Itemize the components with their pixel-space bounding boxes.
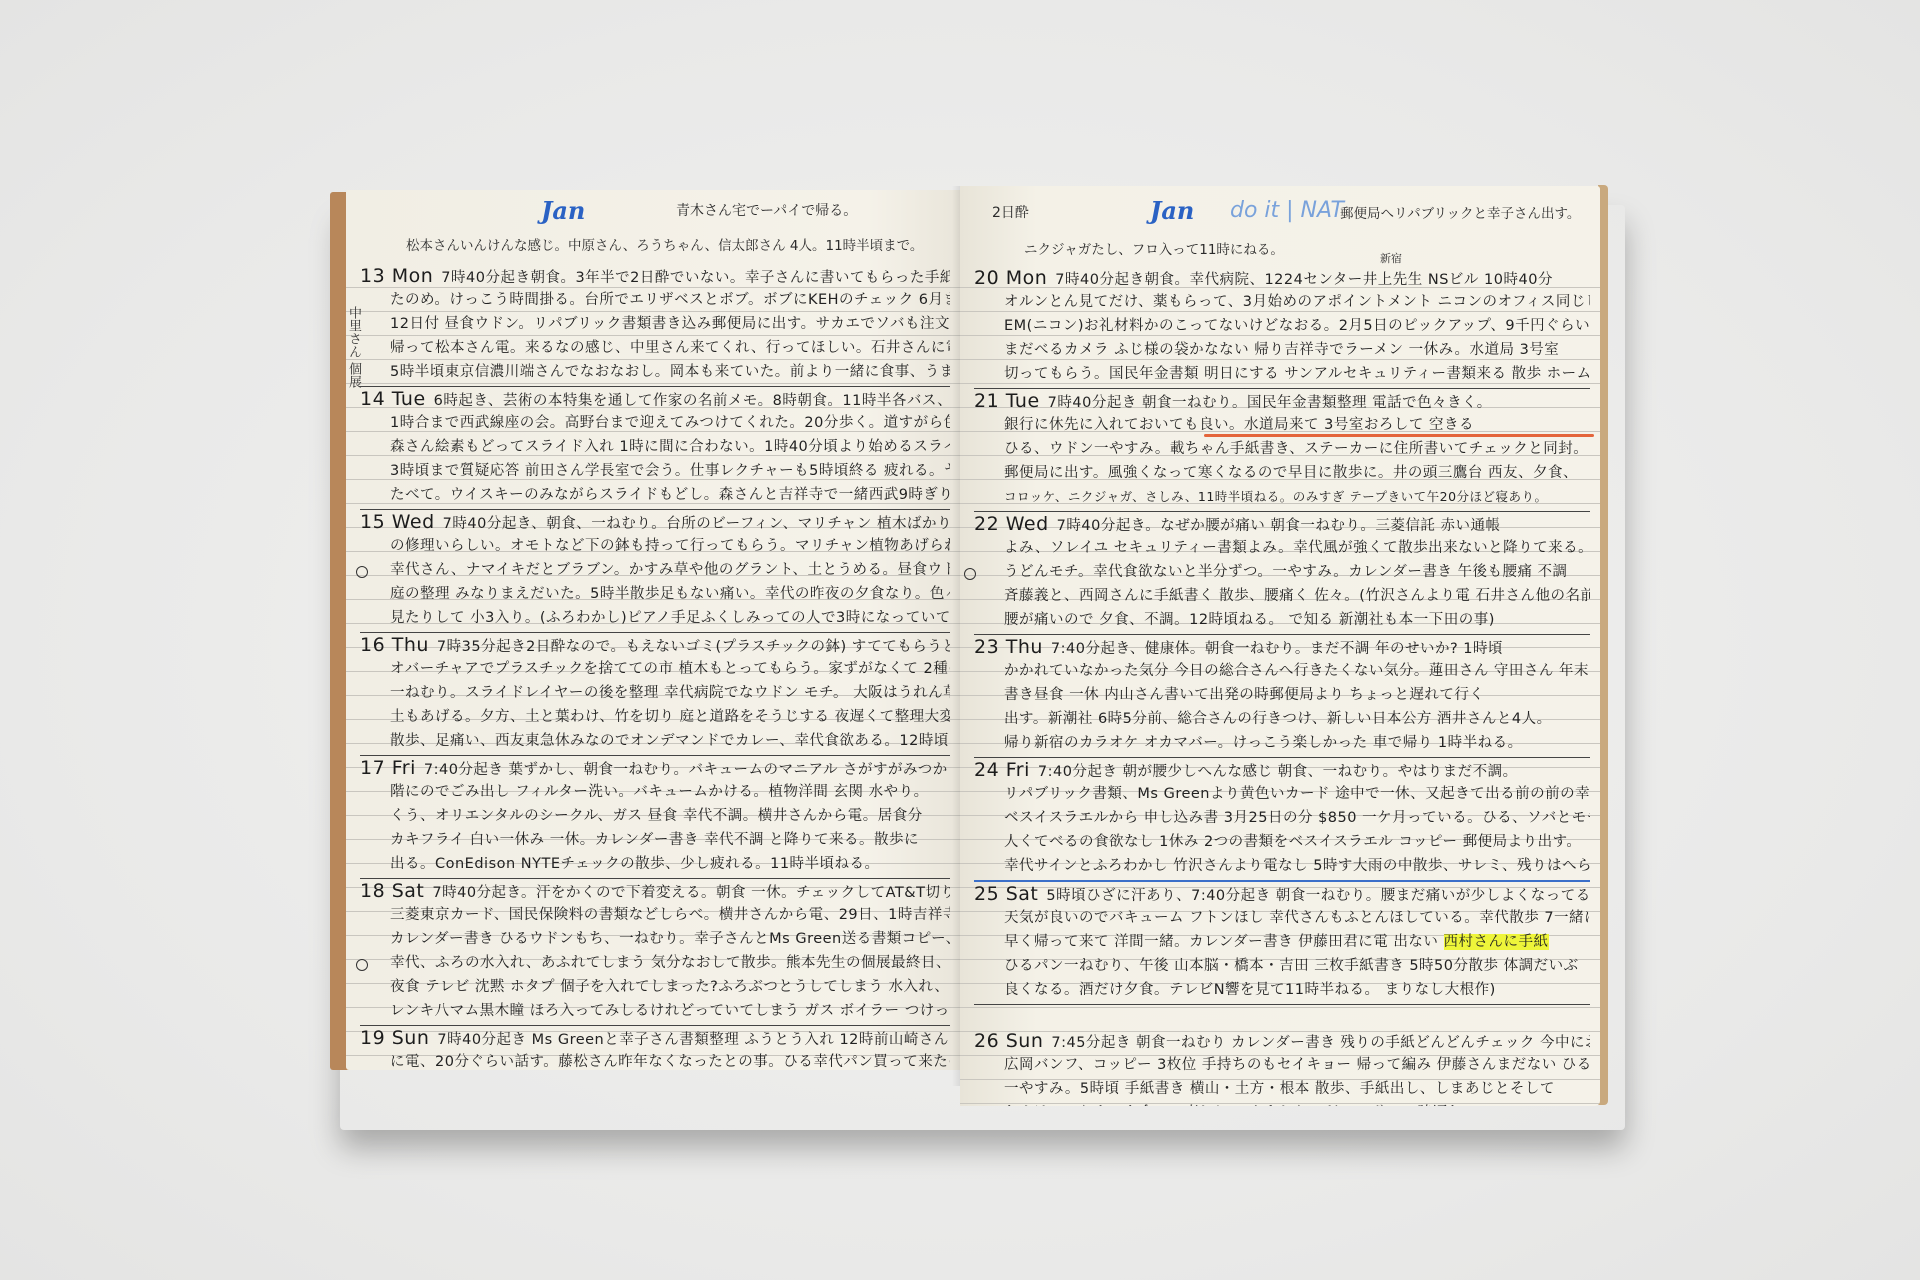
entry-date: 16 Thu (360, 634, 429, 656)
small-note: 新宿 (1380, 250, 1402, 266)
entry-date: 14 Tue (360, 388, 426, 410)
entry-line: 階にのでごみ出し フィルター洗い。バキュームかける。植物洋間 玄関 水やり。 (360, 780, 950, 804)
entry-line: コロッケ、ニクジャガ、さしみ、11時半頃ねる。のみすぎ テープきいて午20分ほど… (974, 485, 1590, 509)
header-line: ニクジャガたし、フロ入って11時にねる。 (1024, 238, 1284, 258)
entry-line: 土もあげる。夕方、土と葉わけ、竹を切り 庭と道路をそうじする 夜遅くて整理大変 (360, 705, 950, 729)
entry-line: 庭の整理 みなりまえだいた。5時半散歩足もない痛い。幸代の昨夜の夕食なり。色々く… (360, 582, 950, 606)
left-page: Jan 青木さん宅でーパイで帰る。 松本さんいんけんな感じ。中原さん、ろうちゃん… (346, 190, 960, 1070)
diary-entry: 18 Sat7時40分起き。汗をかくので下着変える。朝食 一休。チェックしてAT… (360, 879, 950, 1026)
entry-line: 人くてべるの食欲なし 1休み 2つの書類をベスイスラエル コッピー 郵便局より出… (974, 830, 1590, 854)
entry-line: 書き昼食 一休 内山さん書いて出発の時郵便局より ちょっと遅れて行く (974, 683, 1590, 707)
entry-date: 19 Sun (360, 1027, 429, 1049)
entry-line: 早く帰って来て 洋間一緒。カレンダー書き 伊藤田君に電 出ない (1004, 934, 1444, 950)
entry-date: 21 Tue (974, 390, 1040, 412)
entry-line: 森さん絵素もどってスライド入れ 1時に間に合わない。1時40分頃より始めるスライ… (360, 435, 950, 459)
entry-line: 7時35分起き2日酔なので。もえないゴミ(プラスチックの鉢) すててもらうと良い… (437, 639, 950, 655)
entry-line: 一やすみ。5時頃 手紙書き 横山・土方・根本 散歩、手紙出し、しまあじとそして (974, 1077, 1590, 1101)
entry-line: ベスイスラエルから 申し込み書 3月25日の分 $850 一ケ月っている。ひる、… (974, 806, 1590, 830)
entry-line: 帰り新宿のカラオケ オカマバー。けっこう楽しかった 車で帰り 1時半ねる。 (974, 731, 1590, 755)
entry-line: 6時起き、芸術の本特集を通して作家の名前メモ。8時朝食。11時半各バス、 (434, 393, 950, 409)
entry-line: 良くなる。酒だけ夕食。テレビN響を見て11時半ねる。 まりなし大根作) (974, 978, 1590, 1002)
diary-entry: 19 Sun7時40分起き Ms Greenと幸子さん書類整理 ふうとう入れ 1… (360, 1026, 950, 1070)
entry-line: 切ってもらう。国民年金書類 明日にする サンアルセキュリティー書類来る 散歩 ホ… (974, 362, 1590, 386)
entry-line: に電、20分ぐらい話す。藤松さん昨年なくなったとの事。ひる幸代パン買って来たので (360, 1050, 950, 1070)
entry-line: 幸代さん、ナマイキだとブラブン。かすみ草や他のグラント、土とうめる。昼食ウドン。… (360, 558, 950, 582)
entry-line: よみ、ソレイユ セキュリティー書類よみ。幸代風が強くて散歩出来ないと降りて来る。… (974, 536, 1590, 560)
entry-line: たのめ。けっこう時間掛る。台所でエリザベスとボブ。ボブにKEHのチェック 6月ま… (360, 288, 950, 312)
entry-line: 出す。新潮社 6時5分前、総合さんの行きつけ、新しい日本公方 酒井さんと4人。 (974, 707, 1590, 731)
diary-entry: 23 Thu7:40分起き、健康体。朝食一ねむり。まだ不調 年のせいか? 1時頃… (974, 635, 1590, 758)
entry-date: 20 Mon (974, 267, 1047, 289)
diary-entries: 13 Mon7時40分起き朝食。3年半で2日酔でいない。幸子さんに書いてもらった… (360, 264, 950, 1070)
diary-entry: 16 Thu7時35分起き2日酔なので。もえないゴミ(プラスチックの鉢) すてて… (360, 633, 950, 756)
entry-line: 7時40分起き。なぜか腰が痛い 朝食一ねむり。三菱信託 赤い通帳 (1057, 518, 1501, 534)
entry-line: 出る。ConEdison NYTEチェックの散歩、少し疲れる。11時半頃ねる。 (360, 852, 950, 876)
header-note: 郵便局へリパブリックと幸子さん出す。 (1340, 202, 1580, 222)
entry-line: 7:45分起き 朝食一ねむり カレンダー書き 残りの手紙どんどんチェック 今中に… (1051, 1035, 1590, 1051)
diary-entry: 14 Tue6時起き、芸術の本特集を通して作家の名前メモ。8時朝食。11時半各バ… (360, 387, 950, 510)
diary-entries: 20 Mon7時40分起き朝食。幸代病院、1224センター井上先生 NSビル 1… (974, 266, 1590, 1106)
entry-line: くう、オリエンタルのシークル、ガス 昼食 幸代不調。横井さんから電。居食分 (360, 804, 950, 828)
entry-line: 7:40分起き、健康体。朝食一ねむり。まだ不調 年のせいか? 1時頃 (1051, 641, 1503, 657)
circle-marker-icon (964, 568, 976, 580)
entry-line: オルンとん見てだけ、薬もらって、3月始めのアポイントメント ニコンのオフィス同じ… (974, 290, 1590, 314)
entry-line: 7:40分起き 葉ずかし、朝食一ねむり。バキュームのマニアル さがすがみつからず… (424, 762, 950, 778)
entry-date: 17 Fri (360, 757, 416, 779)
diary-entry: 22 Wed7時40分起き。なぜか腰が痛い 朝食一ねむり。三菱信託 赤い通帳 よ… (974, 512, 1590, 635)
entry-line: 5時頃ひざに汗あり、7:40分起き 朝食一ねむり。腰まだ痛いが少しよくなってる? (1046, 888, 1590, 904)
diary-entry: 26 Sun7:45分起き 朝食一ねむり カレンダー書き 残りの手紙どんどんチェ… (974, 1029, 1590, 1106)
entry-line: 三菱東京カード、国民保険料の書類などしらべ。横井さんから電、29日、1時吉祥寺東… (360, 903, 950, 927)
diary-entry: 21 Tue7時40分起き 朝食一ねむり。国民年金書類整理 電話で色々きく。 銀… (974, 389, 1590, 512)
diary-entry: 24 Fri7:40分起き 朝が腰少しへんな感じ 朝食、一ねむり。やはりまだ不調… (974, 758, 1590, 882)
entry-date: 15 Wed (360, 511, 435, 533)
entry-line: オバーチャアでプラスチックを捨てての市 植木もとってもらう。家ずがなくて 2種の… (360, 657, 950, 681)
month-label: Jan (541, 196, 585, 225)
entry-line: 広岡バンフ、コッピー 3枚位 手持ちのもセイキョー 帰って編み 伊藤さんまだない… (974, 1053, 1590, 1077)
month-label: Jan (1150, 196, 1194, 225)
entry-line: 7時40分起き、朝食、一ねむり。台所のビーフィン、マリチャン 植木ばかりを見てい… (443, 516, 950, 532)
entry-line: 斉藤義と、西岡さんに手紙書く 散歩、腰痛く 佐々。(竹沢さんより電 石井さん他の… (974, 584, 1590, 608)
circle-marker-icon (356, 959, 368, 971)
entry-line: 7時40分起き 朝食一ねむり。国民年金書類整理 電話で色々きく。 (1048, 395, 1492, 411)
entry-line: 帰って松本さん電。来るなの感じ、中里さん来てくれ、行ってほしい。石井さんに電、今… (360, 336, 950, 360)
header-line: 松本さんいんけんな感じ。中原さん、ろうちゃん、信太郎さん 4人。11時半頃まで。 (406, 234, 923, 254)
entry-line: 天気が良いのでバキューム フトンほし 幸代さんもふとんほしている。幸代散歩 7一… (974, 906, 1590, 930)
blue-note: do it | NAT (1230, 198, 1344, 223)
diary-entry: 17 Fri7:40分起き 葉ずかし、朝食一ねむり。バキュームのマニアル さがす… (360, 756, 950, 879)
entry-line: 7時40分起き朝食。幸代病院、1224センター井上先生 NSビル 10時40分 (1055, 272, 1553, 288)
entry-line: 見たりして 小3入り。(ふろわかし)ピアノ手足ふくしみっての人で3時になっていて… (360, 606, 950, 630)
entry-date: 24 Fri (974, 759, 1030, 781)
entry-date: 23 Thu (974, 636, 1043, 658)
diary-entry: 20 Mon7時40分起き朝食。幸代病院、1224センター井上先生 NSビル 1… (974, 266, 1590, 389)
entry-line: の修理いらしい。オモトなど下の鉢も持って行ってもらう。マリチャン植物あげられて良… (360, 534, 950, 558)
entry-line: かかれていなかった気分 今日の総合さんへ行きたくない気分。蓮田さん 守田さん 年… (974, 659, 1590, 683)
entry-line: 腰が痛いので 夕食、不調。12時頃ねる。 で知る 新潮社も本一下田の事) (974, 608, 1590, 632)
entry-line: ひるパン一ねむり、午後 山本脳・橋本・吉田 三枚手紙書き 5時50分散歩 体調だ… (974, 954, 1590, 978)
diary-entry: 13 Mon7時40分起き朝食。3年半で2日酔でいない。幸子さんに書いてもらった… (360, 264, 950, 387)
entry-line: リパブリック書類、Ms Greenより黄色いカード 途中で一休、又起きて出る前の… (974, 782, 1590, 806)
entry-line: ひる、ウドン一やすみ。載ちゃん手紙書き、ステーカーに住所書いてチェックと同封。 (974, 437, 1590, 461)
entry-line: なまけのこりものを食べる事として やきとり、ギョーザ、12時頃ねる。 (974, 1101, 1590, 1106)
entry-line: まだべるカメラ ふじ様の袋かなない 帰り吉祥寺でラーメン 一休み。水道局 3号室 (974, 338, 1590, 362)
entry-line: レンキ八マム黒木瞳 ほろ入ってみしるけれどっていてしまう ガス ボイラー つけっ… (360, 999, 950, 1023)
entry-line: カレンダー書き ひるウドンもち、一ねむり。幸子さんとMs Green送る書類コピ… (360, 927, 950, 951)
entry-date: 25 Sat (974, 883, 1038, 905)
entry-line: 5時半頃東京信濃川端さんでなおなおし。岡本も来ていた。前より一緒に食事、うまく行… (360, 360, 950, 384)
entry-date: 26 Sun (974, 1030, 1043, 1052)
entry-line: たべて。ウイスキーのみながらスライドもどし。森さんと吉祥寺で一緒西武9時ぎりぎり… (360, 483, 950, 507)
entry-line: 夜食 テレビ 沈黙 ホタプ 個子を入れてしまった?ふろぶつとうしてしまう 水入れ… (360, 975, 950, 999)
entry-line: 3時頃まで質疑応答 前田さん学長室で会う。仕事レクチャーも5時頃終る 疲れる。ヤ… (360, 459, 950, 483)
diary-entry: 25 Sat5時頃ひざに汗あり、7:40分起き 朝食一ねむり。腰まだ痛いが少しよ… (974, 882, 1590, 1005)
entry-line: 散歩、足痛い、西友東急休みなのでオンデマンドでカレー、幸代食欲ある。12時頃ねる… (360, 729, 950, 753)
entry-line: 7時40分起き朝食。3年半で2日酔でいない。幸子さんに書いてもらった手紙、スペー… (441, 270, 950, 286)
circle-marker-icon (356, 566, 368, 578)
right-page: 2日酔 Jan do it | NAT 郵便局へリパブリックと幸子さん出す。 ニ… (960, 186, 1600, 1106)
entry-line: 7時40分起き。汗をかくので下着変える。朝食 一休。チェックしてAT&T切り、 (432, 885, 950, 901)
corner-note: 2日酔 (992, 202, 1029, 222)
entry-line: 1時合まで西武線座の会。高野台まで迎えてみつけてくれた。20分歩く。道すがら色々… (360, 411, 950, 435)
entry-line: 一ねむり。スライドレイヤーの後を整理 幸代病院でなウドン モチ。 大阪はうれん草… (360, 681, 950, 705)
entry-line: 7:40分起き 朝が腰少しへんな感じ 朝食、一ねむり。やはりまだ不調。 (1038, 764, 1518, 780)
entry-line: EM(ニコン)お礼材料かのこってないけどなおる。2月5日のピックアップ、9千円ぐ… (974, 314, 1590, 338)
header-note: 青木さん宅でーパイで帰る。 (676, 200, 857, 220)
entry-line: 7時40分起き Ms Greenと幸子さん書類整理 ふうとう入れ 12時前山崎さ… (437, 1032, 949, 1048)
entry-line: 幸代サインとふろわかし 竹沢さんより電なし 5時す大雨の中散歩、サレミ、残りはへ… (974, 854, 1590, 878)
entry-line: 12日付 昼食ウドン。リパブリック書類書き込み郵便局に出す。サカエでソバも注文す… (360, 312, 950, 336)
highlighted-text: 西村さんに手紙 (1444, 934, 1549, 950)
diary-entry: 15 Wed7時40分起き、朝食、一ねむり。台所のビーフィン、マリチャン 植木ば… (360, 510, 950, 633)
entry-date: 22 Wed (974, 513, 1049, 535)
entry-line: カキフライ 白い一休み 一休。カレンダー書き 幸代不調 と降りて来る。散歩に (360, 828, 950, 852)
entry-date: 13 Mon (360, 265, 433, 287)
red-underline (1204, 434, 1594, 437)
entry-line: うどんモチ。幸代食欲ないと半分ずつ。一やすみ。カレンダー書き 午後も腰痛 不調 (974, 560, 1590, 584)
entry-line: 幸代、ふろの水入れ、あふれてしまう 気分なおして散歩。熊本先生の個展最終日、30… (360, 951, 950, 975)
entry-date: 18 Sat (360, 880, 424, 902)
entry-line: 郵便局に出す。風強くなって寒くなるので早目に散歩に。井の頭三鷹台 西友、夕食、 (974, 461, 1590, 485)
